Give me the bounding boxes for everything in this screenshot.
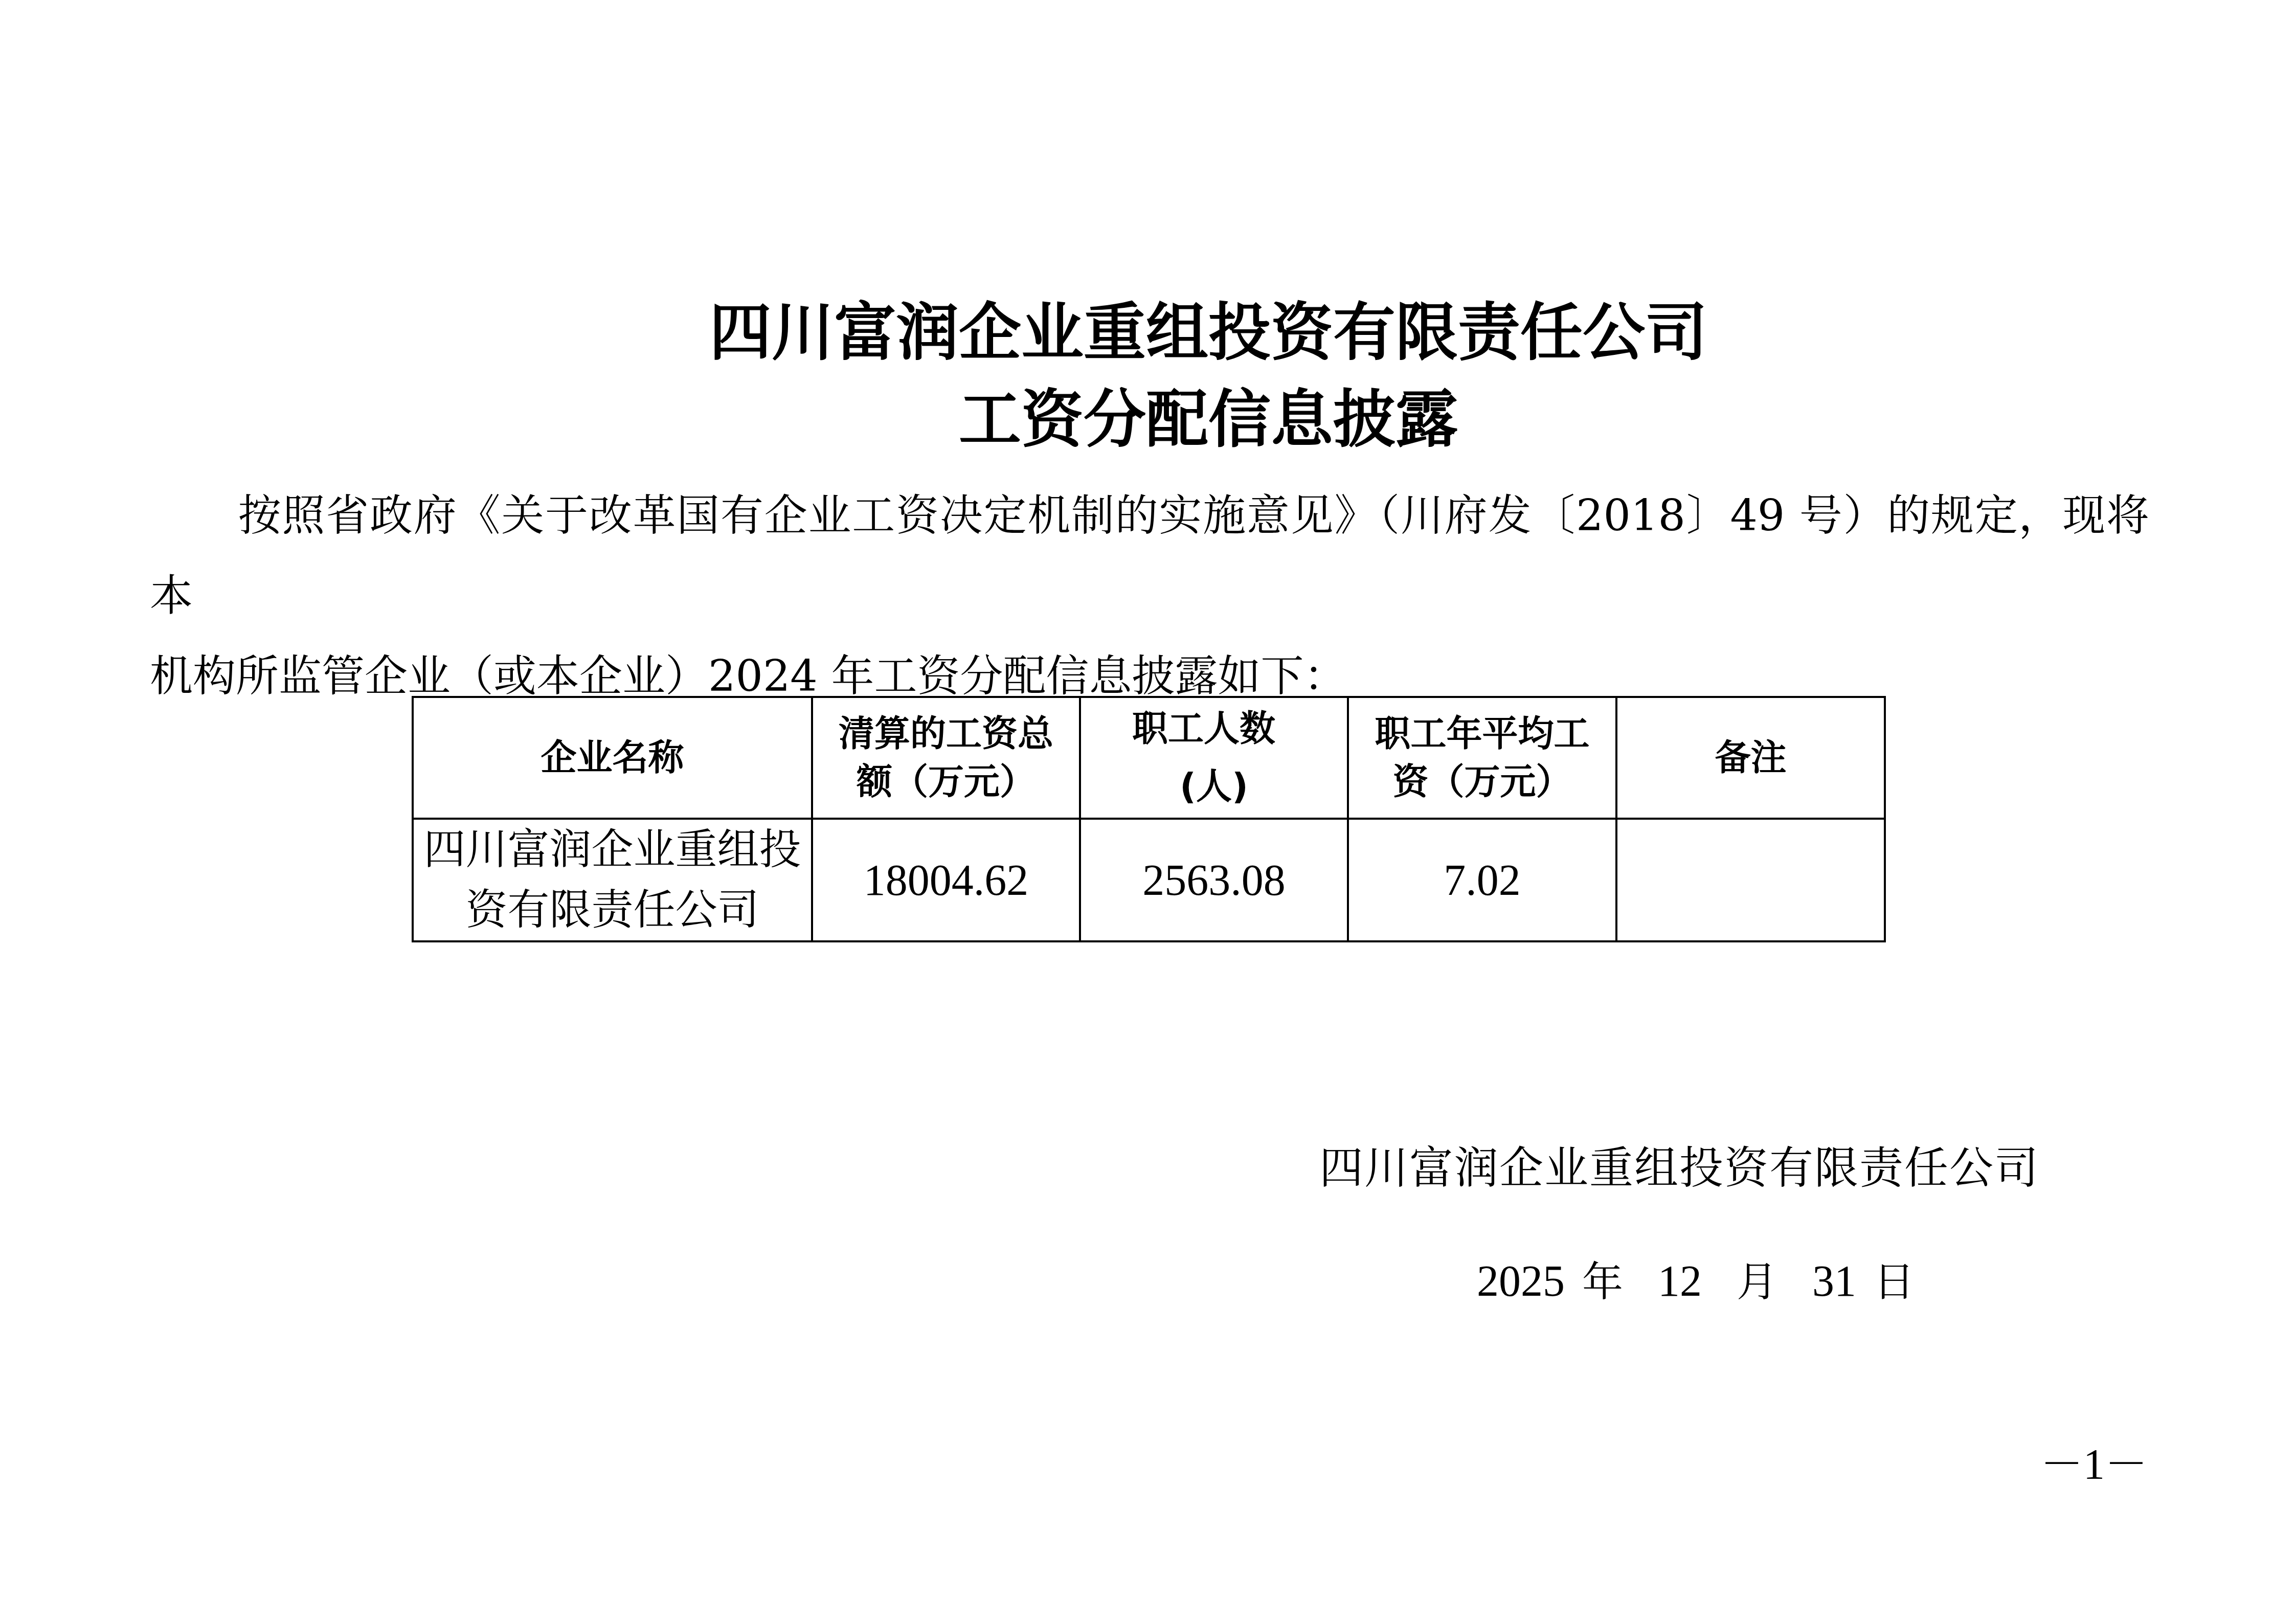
header-average-wage: 职工年平均工 资（万元） <box>1348 697 1616 819</box>
date-day: 31 <box>1812 1256 1856 1305</box>
date-year: 2025 <box>1477 1256 1565 1305</box>
cell-average-wage: 7.02 <box>1348 819 1616 941</box>
intro-paragraph: 按照省政府《关于改革国有企业工资决定机制的实施意见》（川府发〔2018〕49 号… <box>150 476 2149 716</box>
date-month: 12 <box>1658 1256 1702 1305</box>
document-subtitle: 工资分配信息披露 <box>0 388 2296 450</box>
page-number: －1－ <box>2040 1439 2148 1491</box>
cell-remarks <box>1616 819 1885 941</box>
document-page: 四川富润企业重组投资有限责任公司 工资分配信息披露 按照省政府《关于改革国有企业… <box>0 0 2296 1623</box>
intro-line-2: 机构所监管企业（或本企业）2024 年工资分配信息披露如下： <box>150 651 1346 701</box>
header-remarks: 备注 <box>1616 697 1885 819</box>
signature-date: 2025年12月31日 <box>1477 1255 1915 1308</box>
table-row: 四川富润企业重组投 资有限责任公司 18004.62 2563.08 7.02 <box>413 819 1885 941</box>
salary-disclosure-table: 企业名称 清算的工资总 额（万元） 职工人数 (人) 职工年平均工 资（万元） … <box>412 696 1886 942</box>
date-year-unit: 年 <box>1582 1258 1623 1305</box>
table-header-row: 企业名称 清算的工资总 额（万元） 职工人数 (人) 职工年平均工 资（万元） … <box>413 697 1885 819</box>
cell-total-wages: 18004.62 <box>812 819 1080 941</box>
cell-company-name: 四川富润企业重组投 资有限责任公司 <box>413 819 812 941</box>
intro-line-1: 按照省政府《关于改革国有企业工资决定机制的实施意见》（川府发〔2018〕49 号… <box>150 490 2149 621</box>
cell-employee-count: 2563.08 <box>1080 819 1348 941</box>
date-month-unit: 月 <box>1737 1258 1777 1305</box>
date-day-unit: 日 <box>1874 1258 1915 1305</box>
header-total-wages: 清算的工资总 额（万元） <box>812 697 1080 819</box>
header-employee-count: 职工人数 (人) <box>1080 697 1348 819</box>
header-company-name: 企业名称 <box>413 697 812 819</box>
document-title: 四川富润企业重组投资有限责任公司 <box>0 301 2296 363</box>
signature-company: 四川富润企业重组投资有限责任公司 <box>1319 1143 2039 1194</box>
